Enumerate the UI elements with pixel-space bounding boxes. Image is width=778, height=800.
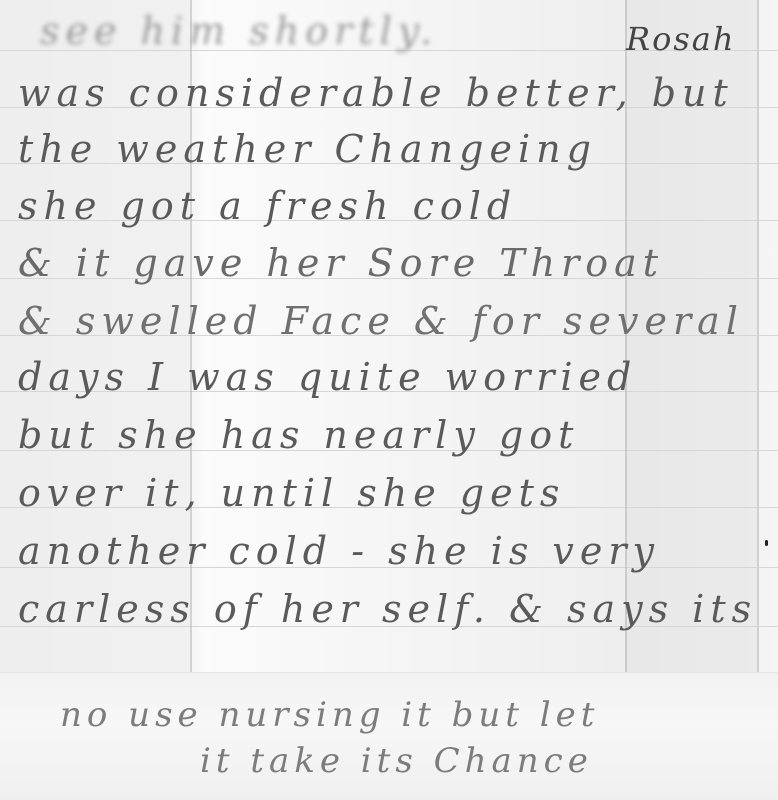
letter-line: & it gave her Sore Throat xyxy=(18,244,664,282)
letter-line: she got a fresh cold xyxy=(18,187,517,225)
header-fragment: see him shortly. xyxy=(40,12,438,50)
continuation-line: it take its Chance xyxy=(200,741,593,781)
letter-line: days I was quite worried xyxy=(18,358,637,396)
letter-line: another cold - she is very xyxy=(18,532,660,570)
letter-line: carless of her self. & says its xyxy=(18,590,757,628)
letter-line: the weather Changeing xyxy=(18,130,597,168)
right-margin-line xyxy=(757,0,759,672)
letter-line: but she has nearly got xyxy=(18,416,579,454)
letter-line: was considerable better, but xyxy=(18,74,734,112)
continuation-strip: no use nursing it but let it take its Ch… xyxy=(0,672,778,800)
letter-line: over it, until she gets xyxy=(18,474,565,512)
signoff-word: Rosah xyxy=(626,20,735,58)
letter-line: & swelled Face & for several xyxy=(18,302,744,340)
letter-page: see him shortly. Rosah was considerable … xyxy=(0,0,778,672)
continuation-line: no use nursing it but let xyxy=(60,695,599,735)
ink-spot xyxy=(765,540,768,546)
